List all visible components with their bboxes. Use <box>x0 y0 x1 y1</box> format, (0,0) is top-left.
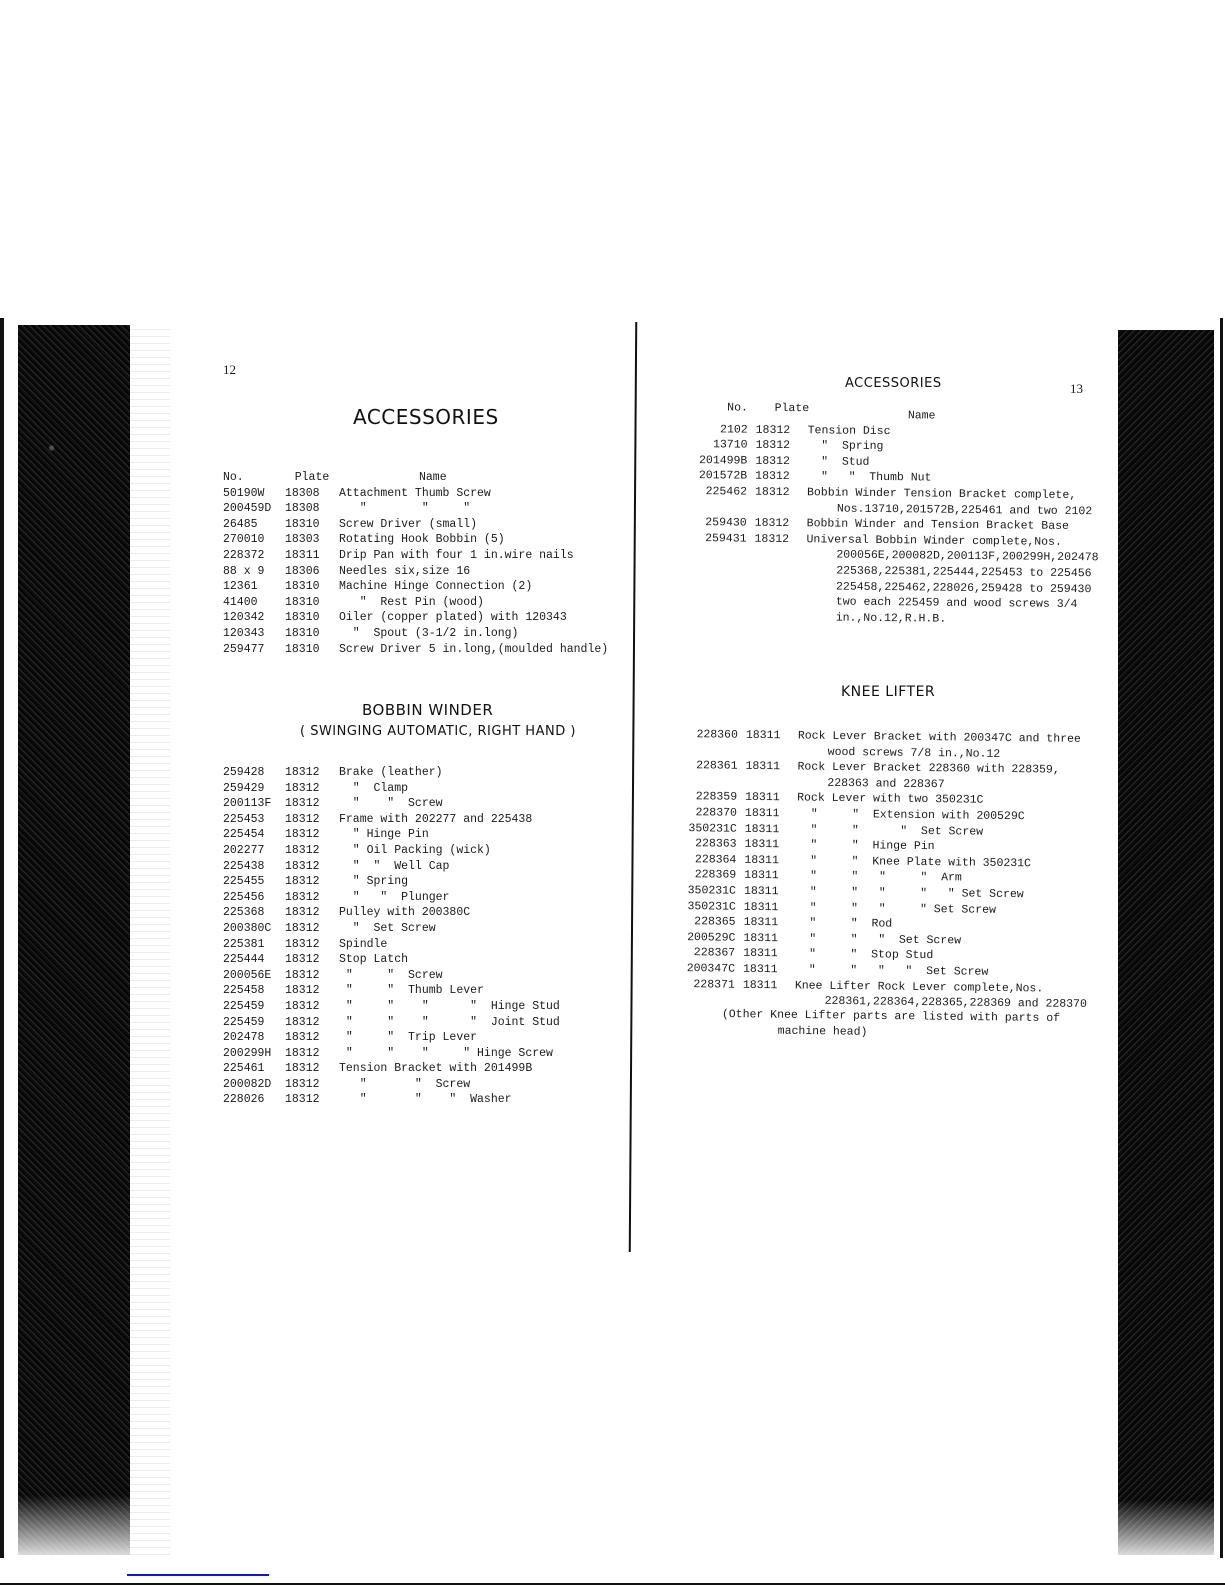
plate-number: 18312 <box>285 1061 339 1077</box>
plate-number: 18312 <box>285 812 339 828</box>
plate-number: 18311 <box>745 821 797 837</box>
part-number: 259429 <box>223 781 285 797</box>
table-row: 27001018303Rotating Hook Bobbin (5) <box>223 532 608 548</box>
table-row: 22837218311Drip Pan with four 1 in.wire … <box>223 548 608 564</box>
plate-number: 18311 <box>745 759 797 775</box>
bobbin-winder-table: 25942818312Brake (leather)25942918312 " … <box>223 765 560 1108</box>
part-name: Rotating Hook Bobbin (5) <box>339 532 505 548</box>
col-header-name: Name <box>339 470 447 486</box>
part-name: " " Well Cap <box>339 859 449 875</box>
knee-lifter-note: (Other Knee Lifter parts are listed with… <box>722 1007 1061 1042</box>
book-spine-shadow-left <box>18 325 130 1555</box>
part-number: 225461 <box>223 1061 285 1077</box>
part-name: " Rest Pin (wood) <box>339 595 484 611</box>
table-row: 22545418312 " Hinge Pin <box>223 827 560 843</box>
part-number: 350231C <box>679 821 745 837</box>
plate-number: 18312 <box>285 874 339 890</box>
book-edge-shadow-right <box>1118 330 1214 1555</box>
part-name: " " " " Joint Stud <box>339 1015 560 1031</box>
part-name: " " Thumb Nut <box>807 470 931 487</box>
plate-number: 18312 <box>755 469 807 485</box>
table-row: 22802618312 " " " Washer <box>223 1092 560 1108</box>
part-name: Drip Pan with four 1 in.wire nails <box>339 548 574 564</box>
part-name: " Spout (3-1/2 in.long) <box>339 626 518 642</box>
part-number: 228372 <box>223 548 285 564</box>
plate-number: 18311 <box>745 806 797 822</box>
part-name: Tension Bracket with 201499B <box>339 1061 532 1077</box>
part-number: 225455 <box>223 874 285 890</box>
part-name: Frame with 202277 and 225438 <box>339 812 532 828</box>
part-number: 200347C <box>677 961 743 977</box>
part-name: Pulley with 200380C <box>339 905 470 921</box>
plate-number: 18311 <box>743 962 795 978</box>
table-row: 200459D18308 " " " <box>223 501 608 517</box>
plate-number: 18311 <box>744 915 796 931</box>
plate-number: 18308 <box>285 501 339 517</box>
part-number: 228371 <box>677 976 743 992</box>
part-name: Attachment Thumb Screw <box>339 486 491 502</box>
plate-number: 18312 <box>285 1015 339 1031</box>
part-number: 225462 <box>689 484 755 500</box>
plate-number: 18311 <box>743 931 795 947</box>
part-number: 228359 <box>679 789 745 805</box>
part-name: " Oil Packing (wick) <box>339 843 491 859</box>
part-number: 228361 <box>679 758 745 774</box>
table-row: 22545618312 " " Plunger <box>223 890 560 906</box>
part-name: " " Plunger <box>339 890 449 906</box>
page-number-left: 12 <box>223 362 236 378</box>
part-number: 225453 <box>223 812 285 828</box>
col-header-no: No. <box>223 470 285 486</box>
plate-number: 18312 <box>285 905 339 921</box>
part-number: 228363 <box>678 836 744 852</box>
part-number: 225459 <box>223 999 285 1015</box>
plate-number: 18311 <box>745 790 797 806</box>
plate-number: 18312 <box>285 1077 339 1093</box>
plate-number: 18312 <box>285 827 339 843</box>
part-name: Stop Latch <box>339 952 408 968</box>
table-row: 22545818312 " " Thumb Lever <box>223 983 560 999</box>
table-row: 200299H18312 " " " " Hinge Screw <box>223 1046 560 1062</box>
table-row: 200082D18312 " " Screw <box>223 1077 560 1093</box>
part-number: 228365 <box>678 914 744 930</box>
plate-number: 18303 <box>285 532 339 548</box>
table-row: 4140018310 " Rest Pin (wood) <box>223 595 608 611</box>
table-row: 22545918312 " " " " Joint Stud <box>223 1015 560 1031</box>
part-number: 228367 <box>677 945 743 961</box>
bottom-link-underline[interactable] <box>127 1574 269 1576</box>
part-number: 201499B <box>689 453 755 469</box>
part-name-continuation: 228363 and 228367 <box>797 775 945 792</box>
part-number: 120343 <box>223 626 285 642</box>
part-name: Screw Driver 5 in.long,(moulded handle) <box>339 642 608 658</box>
table-row: 25942818312Brake (leather) <box>223 765 560 781</box>
scan-edge-right <box>1220 318 1223 1558</box>
table-row: 50190W18308Attachment Thumb Screw <box>223 486 608 502</box>
part-name: " " Rod <box>796 916 893 933</box>
plate-number: 18312 <box>755 438 807 454</box>
part-number: 88 x 9 <box>223 564 285 580</box>
part-name: " Hinge Pin <box>339 827 429 843</box>
bobbin-winder-subtitle: ( SWINGING AUTOMATIC, RIGHT HAND ) <box>300 724 576 739</box>
part-number: 228364 <box>678 852 744 868</box>
table-row: 200113F18312 " " Screw <box>223 796 560 812</box>
part-name: " " " " Hinge Screw <box>339 1046 553 1062</box>
bobbin-winder-title: BOBBIN WINDER <box>362 701 493 719</box>
plate-number: 18312 <box>285 1030 339 1046</box>
part-name: " " Stop Stud <box>795 947 933 964</box>
table-row: 200056E18312 " " Screw <box>223 968 560 984</box>
part-name: " " Thumb Lever <box>339 983 484 999</box>
plate-number: 18311 <box>743 946 795 962</box>
part-name: Machine Hinge Connection (2) <box>339 579 532 595</box>
part-number: 200299H <box>223 1046 285 1062</box>
plate-number: 18312 <box>285 859 339 875</box>
plate-number: 18312 <box>285 843 339 859</box>
table-row: 25942918312 " Clamp <box>223 781 560 797</box>
plate-number: 18311 <box>746 728 798 744</box>
part-number: 259428 <box>223 765 285 781</box>
plate-number: 18312 <box>285 921 339 937</box>
plate-number: 18312 <box>755 516 807 532</box>
plate-number: 18310 <box>285 595 339 611</box>
part-name: " " Screw <box>339 796 443 812</box>
part-name: " Clamp <box>339 781 408 797</box>
plate-number: 18312 <box>285 937 339 953</box>
knee-lifter-title: KNEE LIFTER <box>841 684 935 700</box>
table-row: 20247818312 " " Trip Lever <box>223 1030 560 1046</box>
part-number: 225459 <box>223 1015 285 1031</box>
part-number: 12361 <box>223 579 285 595</box>
table-row: 25947718310Screw Driver 5 in.long,(mould… <box>223 642 608 658</box>
part-number: 200529C <box>677 930 743 946</box>
part-number: 200459D <box>223 501 285 517</box>
part-number: 259430 <box>689 515 755 531</box>
part-name: " Set Screw <box>339 921 436 937</box>
left-accessories-table: No. Plate Name 50190W18308Attachment Thu… <box>223 470 608 657</box>
table-row: 12034318310 " Spout (3-1/2 in.long) <box>223 626 608 642</box>
plate-number: 18312 <box>285 1046 339 1062</box>
plate-number: 18311 <box>744 868 796 884</box>
table-row: 22545918312 " " " " Hinge Stud <box>223 999 560 1015</box>
table-row: 88 x 918306Needles six,size 16 <box>223 564 608 580</box>
part-number: 202478 <box>223 1030 285 1046</box>
scan-noise-left <box>130 325 170 1555</box>
part-number: 228370 <box>679 805 745 821</box>
plate-number: 18306 <box>285 564 339 580</box>
part-name: Screw Driver (small) <box>339 517 477 533</box>
part-number: 225454 <box>223 827 285 843</box>
left-page-title: ACCESSORIES <box>353 405 499 429</box>
plate-number: 18312 <box>285 999 339 1015</box>
part-number: 225438 <box>223 859 285 875</box>
part-name: " " Screw <box>339 968 443 984</box>
plate-number: 18310 <box>285 626 339 642</box>
part-name: " Spring <box>807 438 883 454</box>
part-name: Brake (leather) <box>339 765 443 781</box>
part-number: 228360 <box>680 727 746 743</box>
part-number: 200380C <box>223 921 285 937</box>
part-number: 200056E <box>223 968 285 984</box>
part-number: 26485 <box>223 517 285 533</box>
part-name: " " " <box>339 501 470 517</box>
part-number: 120342 <box>223 610 285 626</box>
plate-number: 18312 <box>285 1092 339 1108</box>
table-row: 22546118312Tension Bracket with 201499B <box>223 1061 560 1077</box>
plate-number: 18312 <box>285 890 339 906</box>
table-row: 22545518312 " Spring <box>223 874 560 890</box>
plate-number: 18312 <box>285 968 339 984</box>
plate-number: 18310 <box>285 517 339 533</box>
part-name: " " Trip Lever <box>339 1030 477 1046</box>
part-number: 225368 <box>223 905 285 921</box>
table-row: 22544418312Stop Latch <box>223 952 560 968</box>
part-number: 13710 <box>689 437 755 453</box>
table-row: 2648518310Screw Driver (small) <box>223 517 608 533</box>
table-row: 22536818312Pulley with 200380C <box>223 905 560 921</box>
part-number: 200113F <box>223 796 285 812</box>
part-number: 350231C <box>678 883 744 899</box>
part-number: 201572B <box>689 468 755 484</box>
part-name: Tension Disc <box>808 423 891 439</box>
part-number: 228369 <box>678 867 744 883</box>
plate-number: 18312 <box>285 796 339 812</box>
part-name: Needles six,size 16 <box>339 564 470 580</box>
part-number: 41400 <box>223 595 285 611</box>
plate-number: 18311 <box>285 548 339 564</box>
part-number: 225381 <box>223 937 285 953</box>
part-number: 259477 <box>223 642 285 658</box>
plate-number: 18311 <box>744 899 796 915</box>
table-row: 1236118310Machine Hinge Connection (2) <box>223 579 608 595</box>
part-number: 2102 <box>690 422 756 438</box>
plate-number: 18311 <box>744 837 796 853</box>
part-number: 228026 <box>223 1092 285 1108</box>
plate-number: 18310 <box>285 610 339 626</box>
col-header-name: Name <box>818 401 936 424</box>
col-header-plate: Plate <box>285 470 339 486</box>
table-header: No. Plate Name <box>223 470 608 486</box>
part-name: " " " " Hinge Stud <box>339 999 560 1015</box>
plate-number: 18311 <box>744 884 796 900</box>
part-number: 50190W <box>223 486 285 502</box>
part-name-continuation: in.,No.12,R.H.B. <box>806 610 947 627</box>
part-name: " " Hinge Pin <box>796 838 934 855</box>
part-name: Spindle <box>339 937 387 953</box>
plate-number: 18311 <box>744 853 796 869</box>
plate-number: 18312 <box>755 485 807 501</box>
table-row: 22538118312Spindle <box>223 937 560 953</box>
part-number: 350231C <box>678 899 744 915</box>
plate-number: 18312 <box>285 983 339 999</box>
plate-number: 18312 <box>285 952 339 968</box>
right-accessories-table: No. Plate Name 210218312Tension Disc1371… <box>688 400 1101 629</box>
part-number: 200082D <box>223 1077 285 1093</box>
part-number: 225458 <box>223 983 285 999</box>
page-number-right: 13 <box>1070 381 1083 397</box>
plate-number: 18310 <box>285 642 339 658</box>
plate-number: 18311 <box>743 977 795 993</box>
plate-number: 18312 <box>755 453 807 469</box>
part-number: 225444 <box>223 952 285 968</box>
plate-number: 18310 <box>285 579 339 595</box>
part-name: Oiler (copper plated) with 120343 <box>339 610 567 626</box>
part-name: " " Screw <box>339 1077 470 1093</box>
scan-edge-left <box>0 318 4 1558</box>
right-page-title: ACCESSORIES <box>845 376 942 391</box>
plate-number: 18312 <box>756 422 808 438</box>
part-number: 270010 <box>223 532 285 548</box>
plate-number: 18312 <box>754 531 806 547</box>
plate-number: 18312 <box>285 765 339 781</box>
table-row: 12034218310Oiler (copper plated) with 12… <box>223 610 608 626</box>
col-header-no: No. <box>690 400 756 422</box>
table-row: 200380C18312 " Set Screw <box>223 921 560 937</box>
part-name: " " " Washer <box>339 1092 512 1108</box>
plate-number: 18312 <box>285 781 339 797</box>
part-name: " Stud <box>807 454 869 470</box>
knee-lifter-table: 22836018311Rock Lever Bracket with 20034… <box>677 727 1091 1013</box>
table-row: 22545318312Frame with 202277 and 225438 <box>223 812 560 828</box>
part-number: 202277 <box>223 843 285 859</box>
table-row: 22543818312 " " Well Cap <box>223 859 560 875</box>
col-header-plate: Plate <box>756 401 818 423</box>
part-number: 259431 <box>688 531 754 547</box>
part-number: 225456 <box>223 890 285 906</box>
part-name: " Spring <box>339 874 408 890</box>
table-row: 20227718312 " Oil Packing (wick) <box>223 843 560 859</box>
plate-number: 18308 <box>285 486 339 502</box>
